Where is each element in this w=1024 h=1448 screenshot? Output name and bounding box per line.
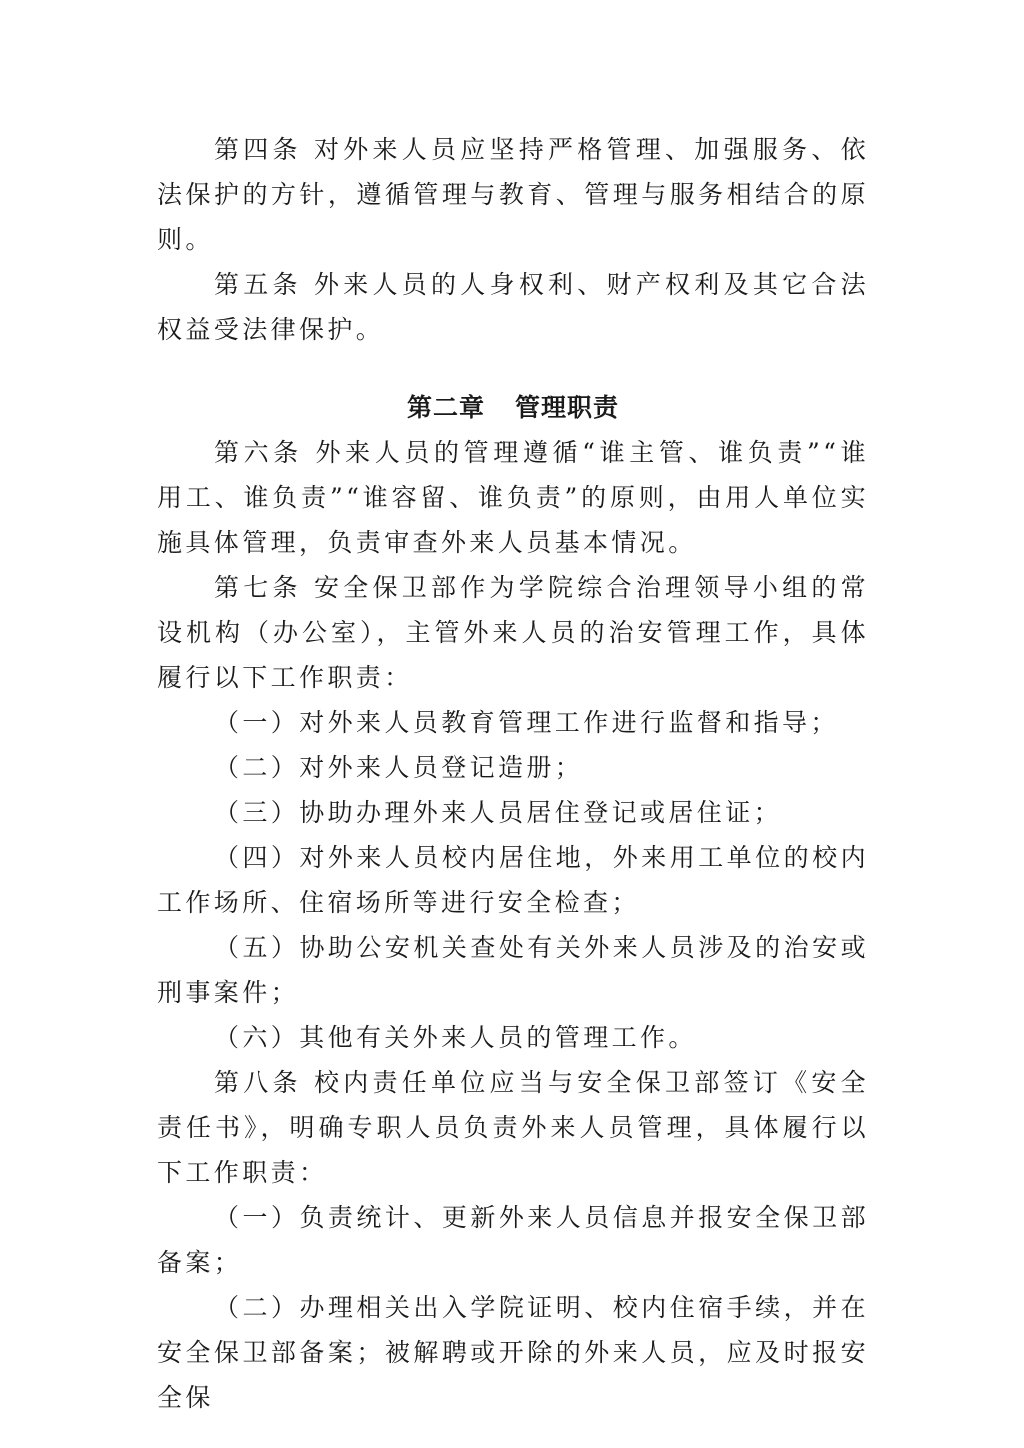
article-7-item-4: （四）对外来人员校内居住地，外来用工单位的校内工作场所、住宿场所等进行安全检查； — [157, 835, 869, 925]
article-5-paragraph: 第五条 外来人员的人身权利、财产权利及其它合法权益受法律保护。 — [157, 262, 869, 352]
article-4-paragraph: 第四条 对外来人员应坚持严格管理、加强服务、依法保护的方针，遵循管理与教育、管理… — [157, 127, 869, 262]
article-8-item-2: （二）办理相关出入学院证明、校内住宿手续，并在安全保卫部备案；被解聘或开除的外来… — [157, 1285, 869, 1420]
article-7-item-5: （五）协助公安机关查处有关外来人员涉及的治安或刑事案件； — [157, 925, 869, 1015]
article-8-paragraph: 第八条 校内责任单位应当与安全保卫部签订《安全责任书》，明确专职人员负责外来人员… — [157, 1060, 869, 1195]
article-8-item-1: （一）负责统计、更新外来人员信息并报安全保卫部备案； — [157, 1195, 869, 1285]
article-6-paragraph: 第六条 外来人员的管理遵循“谁主管、谁负责”“谁用工、谁负责”“谁容留、谁负责”… — [157, 430, 869, 565]
chapter-title: 管理职责 — [515, 393, 619, 422]
article-7-paragraph: 第七条 安全保卫部作为学院综合治理领导小组的常设机构（办公室），主管外来人员的治… — [157, 565, 869, 700]
article-7-item-2: （二）对外来人员登记造册； — [157, 745, 869, 790]
document-page: 第四条 对外来人员应坚持严格管理、加强服务、依法保护的方针，遵循管理与教育、管理… — [157, 127, 869, 1420]
chapter-heading: 第二章管理职责 — [157, 385, 869, 430]
article-7-item-1: （一）对外来人员教育管理工作进行监督和指导； — [157, 700, 869, 745]
article-7-item-6: （六）其他有关外来人员的管理工作。 — [157, 1015, 869, 1060]
chapter-number: 第二章 — [407, 393, 485, 422]
article-7-item-3: （三）协助办理外来人员居住登记或居住证； — [157, 790, 869, 835]
